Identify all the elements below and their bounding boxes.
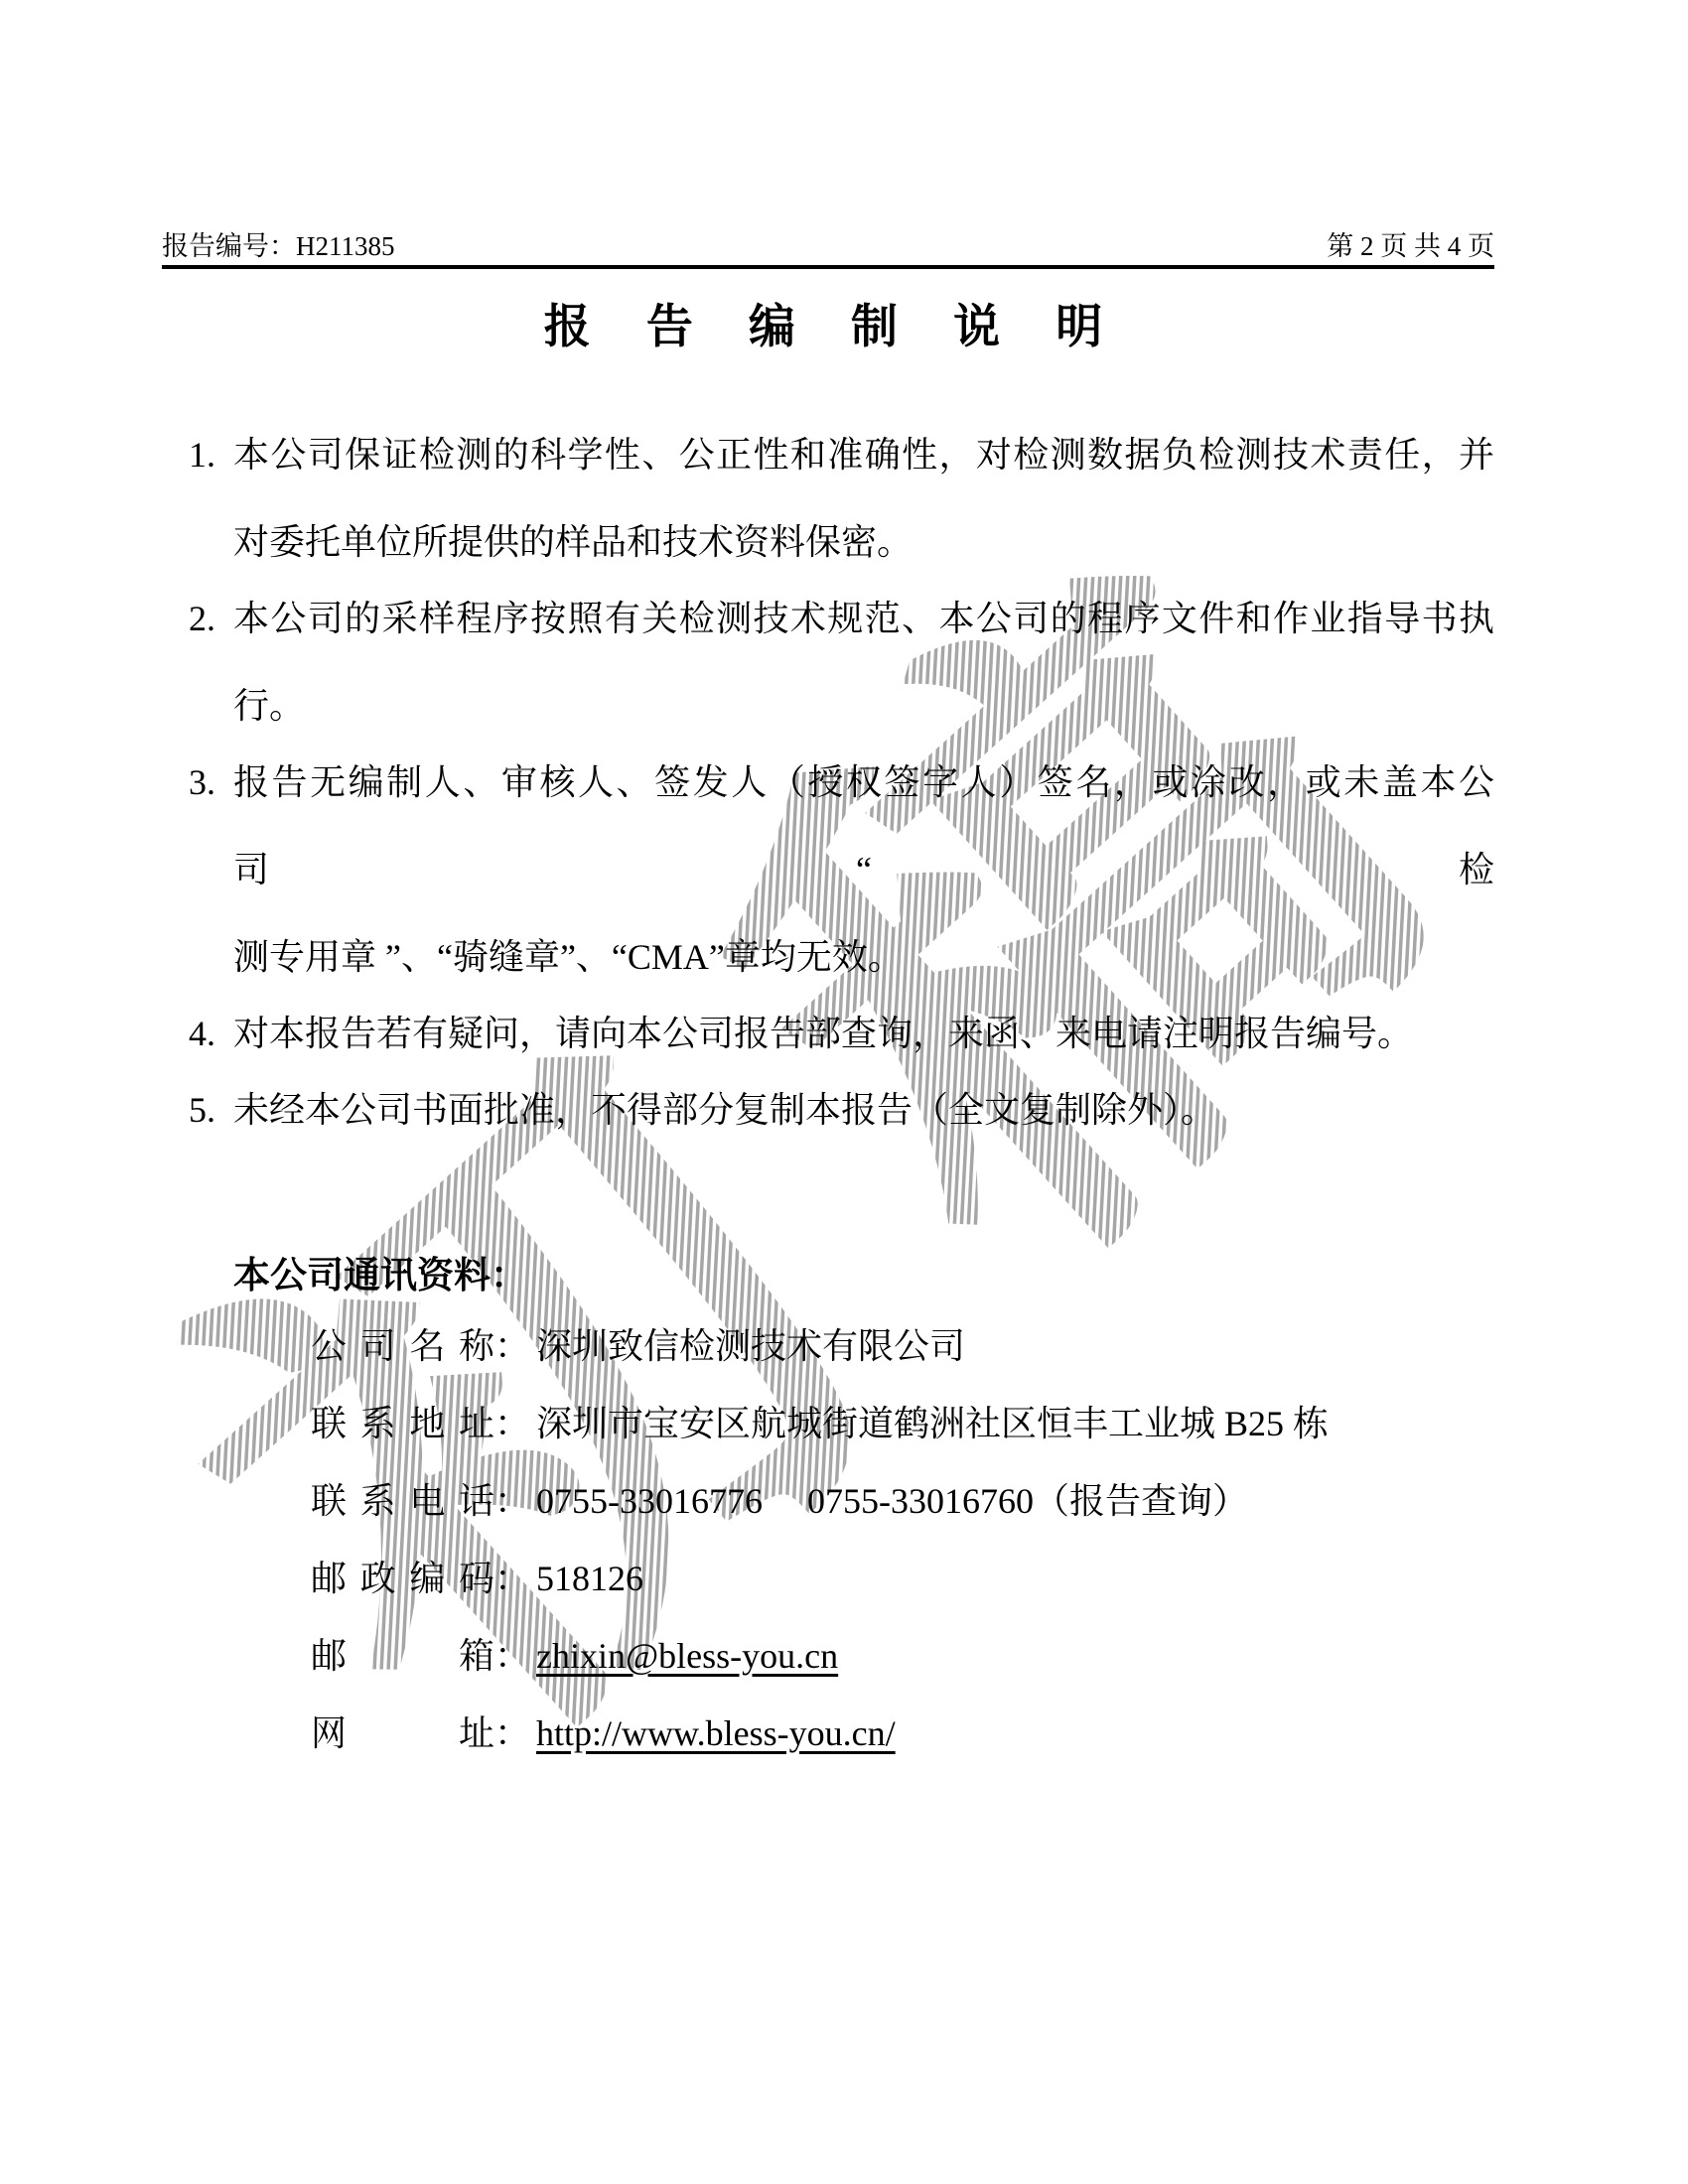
contact-row-address: 联系地址：深圳市宝安区航城街道鹤洲社区恒丰工业城 B25 栋 xyxy=(311,1385,1502,1462)
website-link[interactable]: http://www.bless-you.cn/ xyxy=(536,1713,896,1753)
list-item: 1. 本公司保证检测的科学性、公正性和准确性，对检测数据负检测技术责任，并 对委… xyxy=(189,411,1494,586)
list-item-text: 行。 xyxy=(233,662,1494,750)
contact-label: 网址 xyxy=(311,1695,494,1772)
list-item-text: 本公司保证检测的科学性、公正性和准确性，对检测数据负检测技术责任，并 xyxy=(233,411,1494,498)
postcode-value: 518126 xyxy=(536,1559,643,1598)
contact-row-website: 网址：http://www.bless-you.cn/ xyxy=(311,1695,1502,1772)
list-item-text: 对本报告若有疑问，请向本公司报告部查询，来函、来电请注明报告编号。 xyxy=(233,990,1494,1077)
contact-list: 公司名称：深圳致信检测技术有限公司 联系地址：深圳市宝安区航城街道鹤洲社区恒丰工… xyxy=(311,1307,1502,1772)
email-link[interactable]: zhixin@bless-you.cn xyxy=(536,1636,838,1676)
contact-row-company-name: 公司名称：深圳致信检测技术有限公司 xyxy=(311,1307,1502,1385)
header-divider xyxy=(162,265,1494,269)
list-item-text: 报告无编制人、审核人、签发人（授权签字人）签名，或涂改，或未盖本公司“检 xyxy=(233,739,1494,913)
page-title: 报 告 编 制 说 明 xyxy=(162,290,1494,356)
list-item-number: 2. xyxy=(189,575,233,750)
list-item-text: 未经本公司书面批准，不得部分复制本报告（全文复制除外）。 xyxy=(233,1066,1494,1154)
contact-row-phone: 联系电话：0755-33016776 0755-33016760（报告查询） xyxy=(311,1462,1502,1540)
list-item: 4. 对本报告若有疑问，请向本公司报告部查询，来函、来电请注明报告编号。 xyxy=(189,990,1494,1077)
list-item-text: 对委托单位所提供的样品和技术资料保密。 xyxy=(233,498,1494,586)
report-page: 初稿 报告编号：H211385 第 2 页 共 4 页 报 告 编 制 说 明 … xyxy=(0,0,1688,2184)
contact-label: 邮政编码 xyxy=(311,1540,494,1617)
contact-row-postcode: 邮政编码：518126 xyxy=(311,1540,1502,1617)
list-item-text: 本公司的采样程序按照有关检测技术规范、本公司的程序文件和作业指导书执 xyxy=(233,575,1494,662)
list-item-text: 测专用章 ”、“骑缝章”、“CMA”章均无效。 xyxy=(233,913,1494,1001)
company-name-value: 深圳致信检测技术有限公司 xyxy=(536,1326,965,1366)
contact-heading: 本公司通讯资料： xyxy=(233,1245,527,1298)
notes-list: 1. 本公司保证检测的科学性、公正性和准确性，对检测数据负检测技术责任，并 对委… xyxy=(189,411,1494,1143)
phone-value: 0755-33016776 0755-33016760（报告查询） xyxy=(536,1481,1248,1521)
contact-label: 联系电话 xyxy=(311,1462,494,1540)
list-item-number: 3. xyxy=(189,739,233,1001)
list-item: 5. 未经本公司书面批准，不得部分复制本报告（全文复制除外）。 xyxy=(189,1066,1494,1154)
list-item-number: 5. xyxy=(189,1066,233,1154)
contact-label: 邮箱 xyxy=(311,1617,494,1695)
page-number: 第 2 页 共 4 页 xyxy=(1327,224,1494,263)
page-header: 报告编号：H211385 第 2 页 共 4 页 xyxy=(162,224,1494,263)
contact-row-email: 邮箱：zhixin@bless-you.cn xyxy=(311,1617,1502,1695)
list-item-number: 4. xyxy=(189,990,233,1077)
report-number: 报告编号：H211385 xyxy=(162,224,395,263)
address-value: 深圳市宝安区航城街道鹤洲社区恒丰工业城 B25 栋 xyxy=(536,1404,1329,1443)
list-item: 2. 本公司的采样程序按照有关检测技术规范、本公司的程序文件和作业指导书执 行。 xyxy=(189,575,1494,750)
contact-label: 公司名称 xyxy=(311,1307,494,1385)
contact-label: 联系地址 xyxy=(311,1385,494,1462)
list-item-number: 1. xyxy=(189,411,233,586)
list-item: 3. 报告无编制人、审核人、签发人（授权签字人）签名，或涂改，或未盖本公司“检 … xyxy=(189,739,1494,1001)
